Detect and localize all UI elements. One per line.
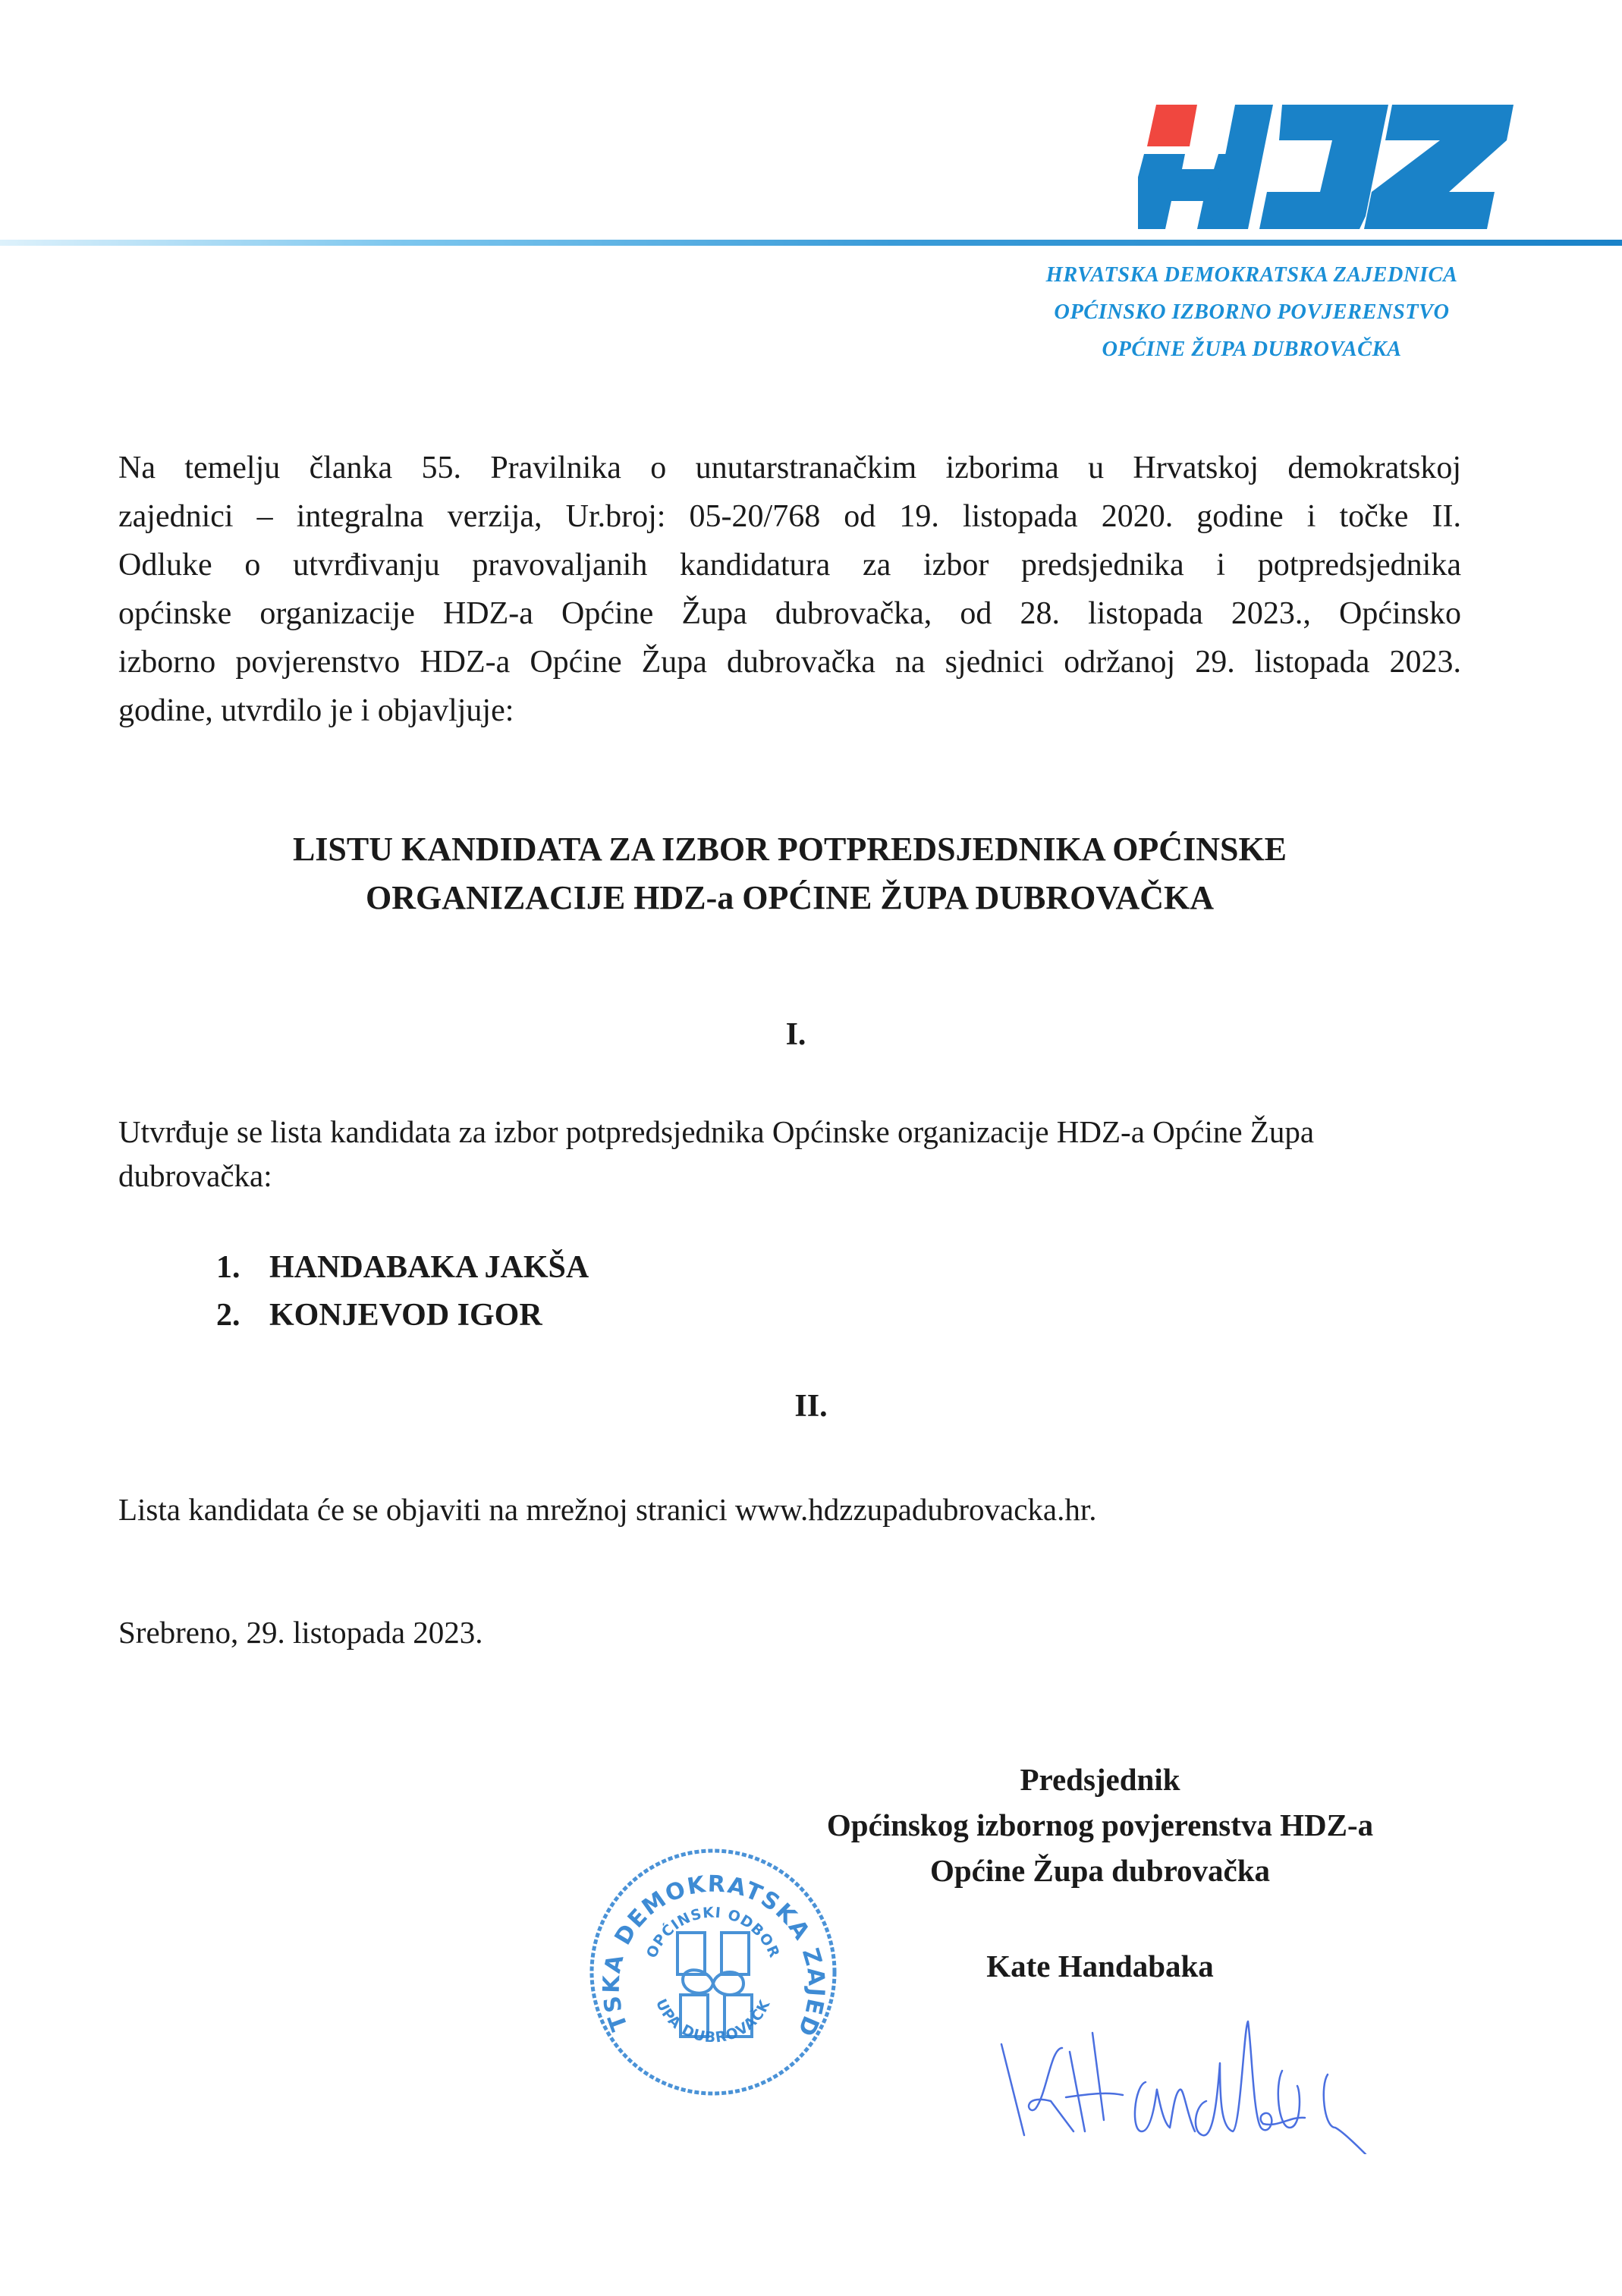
candidate-name: KONJEVOD IGOR xyxy=(269,1292,542,1340)
intro-line: Odluke o utvrđivanju pravovaljanih kandi… xyxy=(118,541,1461,589)
candidate-name: HANDABAKA JAKŠA xyxy=(269,1244,589,1292)
handwritten-signature xyxy=(979,2002,1373,2154)
candidate-item: 2. KONJEVOD IGOR xyxy=(216,1292,589,1340)
place-date: Srebreno, 29. listopada 2023. xyxy=(118,1614,483,1651)
signer-name: Kate Handabaka xyxy=(759,1948,1441,1984)
title-line-1: LISTU KANDIDATA ZA IZBOR POTPREDSJEDNIKA… xyxy=(118,825,1461,874)
signer-body: Općinskog izbornog povjerenstva HDZ-a xyxy=(759,1802,1441,1848)
intro-line: Na temelju članka 55. Pravilnika o unuta… xyxy=(118,444,1461,492)
candidate-number: 1. xyxy=(216,1244,269,1292)
candidate-list: 1. HANDABAKA JAKŠA 2. KONJEVOD IGOR xyxy=(216,1244,589,1340)
hdz-logo-icon xyxy=(1138,102,1517,231)
document-title: LISTU KANDIDATA ZA IZBOR POTPREDSJEDNIKA… xyxy=(118,825,1461,922)
signature-icon xyxy=(979,2002,1373,2154)
hdz-logo xyxy=(1138,102,1517,231)
intro-paragraph: Na temelju članka 55. Pravilnika o unuta… xyxy=(118,444,1461,735)
signer-municipality: Općine Župa dubrovačka xyxy=(759,1848,1441,1893)
section-2-heading: II. xyxy=(0,1388,1622,1424)
section-1-heading: I. xyxy=(0,1016,1607,1053)
intro-line: zajednici – integralna verzija, Ur.broj:… xyxy=(118,492,1461,541)
intro-line: godine, utvrdilo je i objavljuje: xyxy=(118,686,1461,735)
org-line-3: OPĆINE ŽUPA DUBROVAČKA xyxy=(992,331,1512,368)
org-line-1: HRVATSKA DEMOKRATSKA ZAJEDNICA xyxy=(992,256,1512,294)
stamp-icon: HRVATSKA DEMOKRATSKA ZAJEDNICA OPĆINSKI … xyxy=(584,1843,842,2101)
intro-line: izborno povjerenstvo HDZ-a Općine Župa d… xyxy=(118,638,1461,686)
title-line-2: ORGANIZACIJE HDZ-a OPĆINE ŽUPA DUBROVAČK… xyxy=(118,874,1461,922)
candidate-number: 2. xyxy=(216,1292,269,1340)
section-1-text: Utvrđuje se lista kandidata za izbor pot… xyxy=(118,1110,1461,1198)
signer-title: Predsjednik xyxy=(759,1757,1441,1802)
official-stamp: HRVATSKA DEMOKRATSKA ZAJEDNICA OPĆINSKI … xyxy=(584,1843,842,2101)
signature-block: Predsjednik Općinskog izbornog povjerens… xyxy=(759,1757,1441,1893)
section-2-text: Lista kandidata će se objaviti na mrežno… xyxy=(118,1485,1461,1534)
header-rule xyxy=(0,240,1622,246)
org-line-2: OPĆINSKO IZBORNO POVJERENSTVO xyxy=(992,294,1512,331)
candidate-item: 1. HANDABAKA JAKŠA xyxy=(216,1244,589,1292)
intro-line: općinske organizacije HDZ-a Općine Župa … xyxy=(118,589,1461,638)
org-name-block: HRVATSKA DEMOKRATSKA ZAJEDNICA OPĆINSKO … xyxy=(992,256,1512,368)
